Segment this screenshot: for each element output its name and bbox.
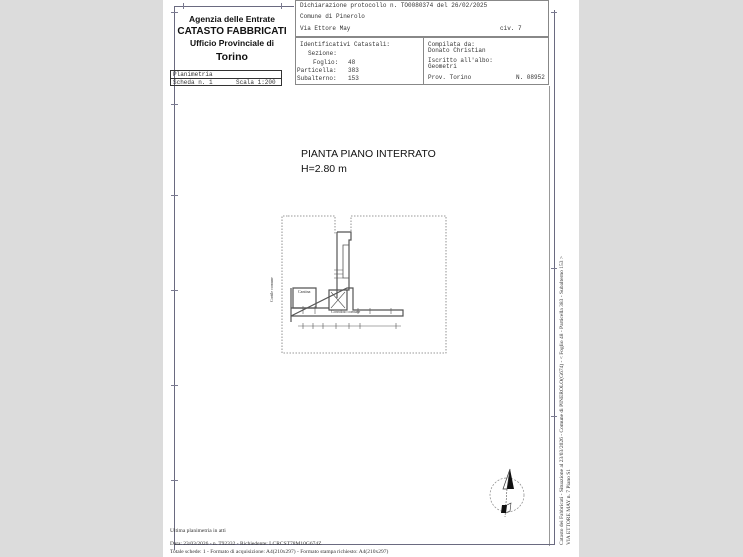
cadastral-plan-page: Agenzia delle Entrate CATASTO FABBRICATI… [163, 0, 579, 557]
side-text-address: VIA ETTORE MAY n. 7 Piano S1 [566, 469, 572, 545]
section-label: Sezione: [308, 50, 337, 57]
plan-title-block: PIANTA PIANO INTERRATO H=2.80 m [301, 147, 436, 177]
register-value: Geometri [428, 63, 457, 70]
frame-right-inner-line [549, 86, 550, 546]
catasto-title: CATASTO FABBRICATI [177, 26, 287, 37]
side-label-courtyard: Cortile comune [269, 277, 274, 302]
frame-top-line [174, 6, 294, 7]
registration-number: N. 08952 [516, 74, 545, 81]
floor-plan-drawing [263, 210, 463, 360]
agency-block: Agenzia delle Entrate CATASTO FABBRICATI… [177, 14, 287, 63]
subunit-label: Subalterno: [297, 75, 337, 82]
office-city: Torino [177, 51, 287, 63]
plan-title: PIANTA PIANO INTERRATO [301, 147, 436, 162]
sheet-info-box: Planimetria Scheda n. 1 Scala 1:200 [170, 70, 282, 86]
footer-data-line: Data: 23/03/2026 - n. T92332 - Richieden… [170, 541, 321, 547]
parcel-label: Particella: [297, 67, 337, 74]
footer-last-plan: Ultima planimetria in atti [170, 528, 226, 534]
agency-name: Agenzia delle Entrate [177, 14, 287, 24]
sheet-value: 48 [348, 59, 355, 66]
civic-number: civ. 7 [500, 25, 522, 32]
subunit-value: 153 [348, 75, 359, 82]
parcel-value: 383 [348, 67, 359, 74]
frame-right-line [554, 10, 555, 545]
sheet-number: Scheda n. 1 [173, 79, 213, 86]
municipality: Comune di Pinerolo [300, 13, 365, 20]
room-label-cellar: Cantina [298, 289, 310, 294]
plan-height: H=2.80 m [301, 162, 436, 177]
identifiers-title: Identificativi Catastali: [300, 41, 390, 48]
scale-label: Scala 1:200 [236, 79, 276, 86]
north-arrow-icon [488, 467, 528, 522]
frame-left-line [174, 6, 175, 550]
office-label: Ufficio Provinciale di [177, 38, 287, 48]
province: Prov. Torino [428, 74, 471, 81]
identifiers-box: Identificativi Catastali: Sezione: Fogli… [295, 37, 549, 85]
side-text-cadastre: Catasto dei Fabbricati - Situazione al 2… [559, 256, 565, 545]
room-label-corridor: Corridoio comune [331, 309, 360, 314]
footer-total-line: Totale schede: 1 - Formato di acquisizio… [170, 549, 388, 555]
sheet-label: Foglio: [313, 59, 338, 66]
declaration-protocol: Dichiarazione protocollo n. TO0080374 de… [300, 2, 487, 9]
declaration-box: Dichiarazione protocollo n. TO0080374 de… [295, 0, 549, 37]
compiler-name: Donato Christian [428, 47, 486, 54]
street-address: Via Ettore May [300, 25, 350, 32]
document-type: Planimetria [173, 71, 213, 78]
